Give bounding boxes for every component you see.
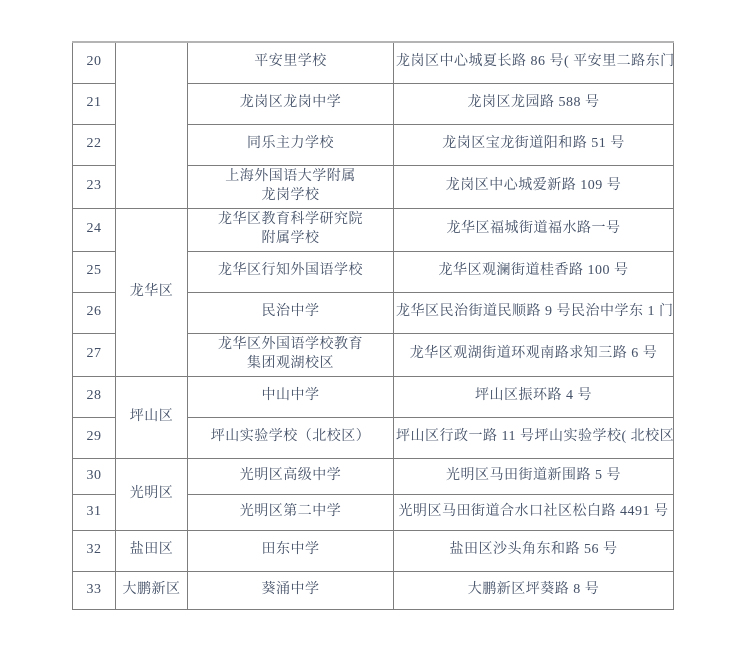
school-name: 中山中学 — [188, 376, 394, 417]
school-name: 上海外国语大学附属 龙岗学校 — [188, 165, 394, 208]
row-number: 22 — [73, 124, 116, 165]
row-number: 30 — [73, 458, 116, 494]
table-row: 32 盐田区 田东中学 盐田区沙头角东和路 56 号 — [73, 530, 674, 571]
school-address: 龙岗区龙园路 588 号 — [394, 83, 674, 124]
schools-table: 20 平安里学校 龙岗区中心城夏长路 86 号( 平安里二路东门 ) 21 龙岗… — [72, 41, 674, 610]
table-row: 33 大鹏新区 葵涌中学 大鹏新区坪葵路 8 号 — [73, 571, 674, 609]
row-number: 23 — [73, 165, 116, 208]
school-name: 光明区第二中学 — [188, 494, 394, 530]
row-number: 32 — [73, 530, 116, 571]
school-address: 光明区马田街道新围路 5 号 — [394, 458, 674, 494]
school-address: 龙岗区宝龙街道阳和路 51 号 — [394, 124, 674, 165]
district-cell-pingshan: 坪山区 — [116, 376, 188, 458]
row-number: 26 — [73, 292, 116, 333]
row-number: 31 — [73, 494, 116, 530]
school-address: 龙华区民治街道民顺路 9 号民治中学东 1 门 — [394, 292, 674, 333]
row-number: 33 — [73, 571, 116, 609]
school-address: 坪山区行政一路 11 号坪山实验学校( 北校区 ) — [394, 417, 674, 458]
district-cell-dapeng: 大鹏新区 — [116, 571, 188, 609]
school-name: 平安里学校 — [188, 42, 394, 83]
school-address: 龙华区观湖街道环观南路求知三路 6 号 — [394, 333, 674, 376]
school-name: 坪山实验学校（北校区） — [188, 417, 394, 458]
row-number: 25 — [73, 251, 116, 292]
school-name: 龙华区行知外国语学校 — [188, 251, 394, 292]
school-name: 葵涌中学 — [188, 571, 394, 609]
table-row: 28 坪山区 中山中学 坪山区振环路 4 号 — [73, 376, 674, 417]
school-name: 田东中学 — [188, 530, 394, 571]
school-name: 龙岗区龙岗中学 — [188, 83, 394, 124]
school-address: 龙岗区中心城爱新路 109 号 — [394, 165, 674, 208]
document-page: 20 平安里学校 龙岗区中心城夏长路 86 号( 平安里二路东门 ) 21 龙岗… — [0, 0, 737, 655]
row-number: 27 — [73, 333, 116, 376]
table-row: 24 龙华区 龙华区教育科学研究院 附属学校 龙华区福城街道福水路一号 — [73, 208, 674, 251]
row-number: 21 — [73, 83, 116, 124]
school-address: 盐田区沙头角东和路 56 号 — [394, 530, 674, 571]
row-number: 24 — [73, 208, 116, 251]
school-name: 同乐主力学校 — [188, 124, 394, 165]
row-number: 29 — [73, 417, 116, 458]
school-address: 光明区马田街道合水口社区松白路 4491 号 — [394, 494, 674, 530]
school-address: 龙华区福城街道福水路一号 — [394, 208, 674, 251]
school-name: 光明区高级中学 — [188, 458, 394, 494]
row-number: 28 — [73, 376, 116, 417]
district-cell-longhua: 龙华区 — [116, 208, 188, 376]
school-name: 龙华区教育科学研究院 附属学校 — [188, 208, 394, 251]
table-row: 30 光明区 光明区高级中学 光明区马田街道新围路 5 号 — [73, 458, 674, 494]
district-cell-guangming: 光明区 — [116, 458, 188, 530]
school-address: 龙华区观澜街道桂香路 100 号 — [394, 251, 674, 292]
school-name: 龙华区外国语学校教育 集团观湖校区 — [188, 333, 394, 376]
school-name: 民治中学 — [188, 292, 394, 333]
school-address: 龙岗区中心城夏长路 86 号( 平安里二路东门 ) — [394, 42, 674, 83]
row-number: 20 — [73, 42, 116, 83]
school-address: 大鹏新区坪葵路 8 号 — [394, 571, 674, 609]
district-cell-empty — [116, 42, 188, 208]
table-row: 20 平安里学校 龙岗区中心城夏长路 86 号( 平安里二路东门 ) — [73, 42, 674, 83]
school-address: 坪山区振环路 4 号 — [394, 376, 674, 417]
district-cell-yantian: 盐田区 — [116, 530, 188, 571]
